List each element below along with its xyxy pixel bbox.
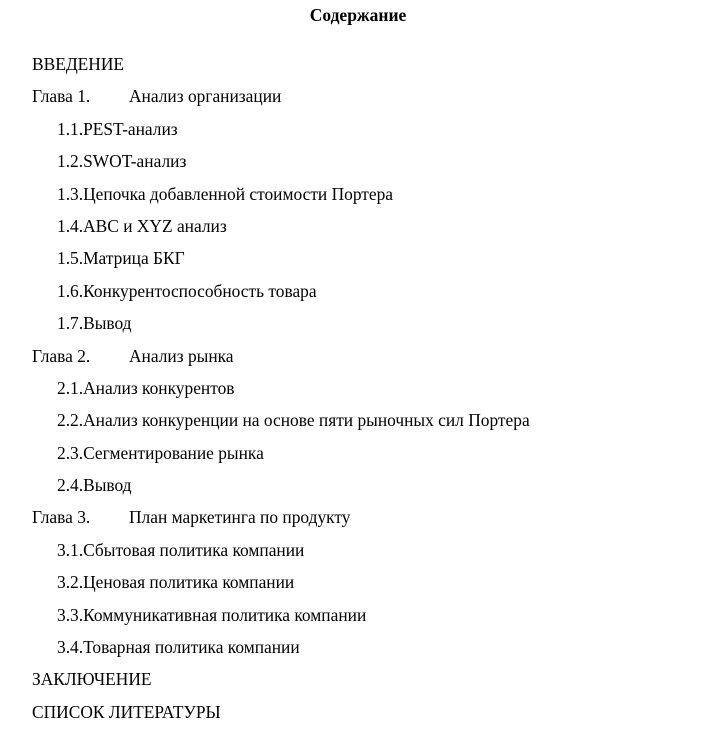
toc-entry-1-7[interactable]: 1.7.Вывод [32, 311, 530, 343]
toc-entry-label: Сбытовая политика компании [83, 540, 304, 560]
toc-entry-number: 1.1. [57, 117, 83, 141]
toc-entry-1-5[interactable]: 1.5.Матрица БКГ [32, 246, 530, 278]
toc-entry-label: Анализ рынка [129, 346, 234, 366]
toc-entry-number: 1.4. [57, 214, 83, 238]
toc-entry-3-4[interactable]: 3.4.Товарная политика компании [32, 635, 530, 667]
toc-entry-label: Конкурентоспособность товара [83, 281, 316, 301]
toc-entry-number: 2.4. [57, 473, 83, 497]
toc-entry-chapter-2[interactable]: Глава 2.Анализ рынка [32, 344, 530, 376]
toc-entry-1-2[interactable]: 1.2.SWOT-анализ [32, 149, 530, 181]
toc-entry-3-3[interactable]: 3.3.Коммуникативная политика компании [32, 603, 530, 635]
table-of-contents: ВВЕДЕНИЕ Глава 1.Анализ организации 1.1.… [32, 52, 530, 732]
toc-entry-label: Вывод [83, 313, 131, 333]
toc-entry-number: 2.2. [57, 408, 83, 432]
toc-entry-number: 1.5. [57, 246, 83, 270]
toc-entry-number: 2.1. [57, 376, 83, 400]
toc-entry-2-2[interactable]: 2.2.Анализ конкуренции на основе пяти ры… [32, 408, 530, 440]
toc-entry-bibliography[interactable]: СПИСОК ЛИТЕРАТУРЫ [32, 700, 530, 732]
toc-entry-number: Глава 3. [32, 505, 129, 529]
toc-entry-label: Вывод [83, 475, 131, 495]
toc-entry-3-1[interactable]: 3.1.Сбытовая политика компании [32, 538, 530, 570]
toc-entry-conclusion[interactable]: ЗАКЛЮЧЕНИЕ [32, 667, 530, 699]
toc-entry-label: ABC и XYZ анализ [83, 216, 227, 236]
toc-entry-label: Анализ организации [129, 86, 281, 106]
toc-entry-number: Глава 2. [32, 344, 129, 368]
toc-entry-number: 3.4. [57, 635, 83, 659]
toc-entry-label: Ценовая политика компании [83, 572, 294, 592]
toc-entry-2-3[interactable]: 2.3.Сегментирование рынка [32, 441, 530, 473]
toc-entry-number: 3.2. [57, 570, 83, 594]
toc-entry-label: SWOT-анализ [83, 151, 186, 171]
toc-entry-1-3[interactable]: 1.3.Цепочка добавленной стоимости Портер… [32, 182, 530, 214]
toc-entry-chapter-1[interactable]: Глава 1.Анализ организации [32, 84, 530, 116]
toc-entry-label: Анализ конкуренции на основе пяти рыночн… [83, 410, 530, 430]
toc-entry-number: Глава 1. [32, 84, 129, 108]
toc-entry-number: 2.3. [57, 441, 83, 465]
toc-entry-number: 3.1. [57, 538, 83, 562]
toc-entry-number: 1.2. [57, 149, 83, 173]
toc-entry-chapter-3[interactable]: Глава 3.План маркетинга по продукту [32, 505, 530, 537]
toc-entry-label: Коммуникативная политика компании [83, 605, 366, 625]
toc-entry-3-2[interactable]: 3.2.Ценовая политика компании [32, 570, 530, 602]
toc-entry-label: Сегментирование рынка [83, 443, 264, 463]
toc-entry-label: Матрица БКГ [83, 248, 185, 268]
toc-entry-label: Анализ конкурентов [83, 378, 234, 398]
toc-entry-1-6[interactable]: 1.6.Конкурентоспособность товара [32, 279, 530, 311]
toc-entry-label: Товарная политика компании [83, 637, 300, 657]
page-title: Содержание [0, 4, 716, 26]
toc-entry-1-4[interactable]: 1.4.ABC и XYZ анализ [32, 214, 530, 246]
toc-entry-number: 3.3. [57, 603, 83, 627]
toc-entry-label: План маркетинга по продукту [129, 507, 350, 527]
toc-entry-label: ЗАКЛЮЧЕНИЕ [32, 669, 152, 689]
toc-entry-number: 1.7. [57, 311, 83, 335]
toc-entry-2-1[interactable]: 2.1.Анализ конкурентов [32, 376, 530, 408]
toc-entry-1-1[interactable]: 1.1.PEST-анализ [32, 117, 530, 149]
toc-entry-introduction[interactable]: ВВЕДЕНИЕ [32, 52, 530, 84]
toc-entry-label: PEST-анализ [83, 119, 178, 139]
toc-entry-label: СПИСОК ЛИТЕРАТУРЫ [32, 702, 221, 722]
toc-entry-label: Цепочка добавленной стоимости Портера [83, 184, 393, 204]
toc-entry-label: ВВЕДЕНИЕ [32, 54, 124, 74]
document-page: Содержание ВВЕДЕНИЕ Глава 1.Анализ орган… [0, 0, 716, 732]
toc-entry-number: 1.3. [57, 182, 83, 206]
toc-entry-2-4[interactable]: 2.4.Вывод [32, 473, 530, 505]
toc-entry-number: 1.6. [57, 279, 83, 303]
